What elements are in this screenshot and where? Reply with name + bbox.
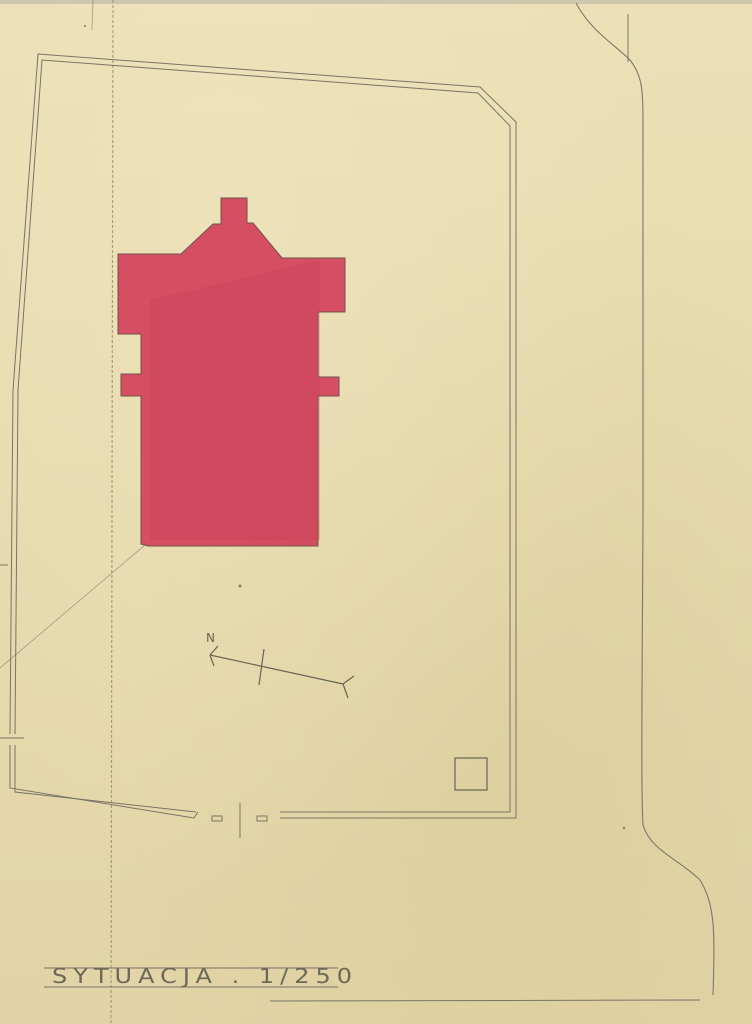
small-structure (455, 758, 487, 790)
drawing-sheet: N SYTUACJA . 1/250 (0, 0, 752, 1024)
road-edge-curve (576, 3, 714, 995)
construction-line (0, 545, 145, 668)
site-plan-drawing: N (0, 0, 752, 1024)
entrance-gate (212, 803, 267, 838)
paper-fold-line (92, 0, 113, 1024)
north-arrow: N (206, 631, 354, 698)
north-label: N (206, 631, 215, 645)
drawing-title: SYTUACJA . 1/250 (52, 964, 358, 988)
building-shading (150, 260, 320, 540)
